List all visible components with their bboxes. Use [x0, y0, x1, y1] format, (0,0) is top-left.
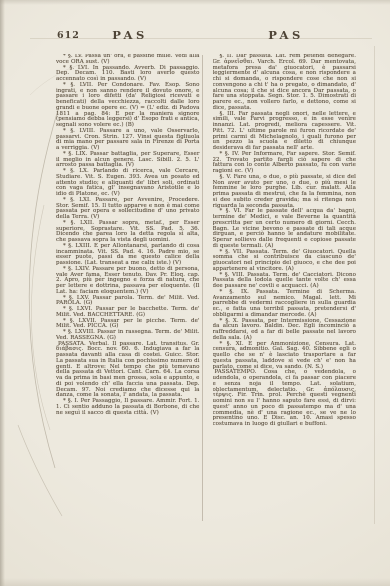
text-block: * §. LV. Passa un' ora, e passine mille.… [56, 54, 356, 524]
entry-paragraph: PASSATA. Verbal. Il passare. Lat. transi… [56, 342, 200, 400]
section-paragraph: §. II. Dar passata. Lat. rem petendi den… [213, 54, 357, 112]
section-paragraph: * §. LVI. In passando. Avverb. Di passag… [56, 66, 200, 83]
section-paragraph: * §. LXVIII. Passar in rassegna. Term. d… [56, 330, 200, 342]
running-head-left: PAS [112, 28, 148, 42]
section-paragraph: * §. I. Per Passaggio, Il passare. Ammir… [56, 399, 200, 416]
section-paragraph: §. III. Far passata negli onori, nelle l… [213, 112, 357, 152]
section-paragraph: §. V. Fare una, o due, o più passate, si… [213, 175, 357, 210]
section-paragraph: * §. VII. Passata. Term. de' Giuocatori.… [213, 250, 357, 273]
left-column: * §. LV. Passa un' ora, e passine mille.… [56, 54, 200, 524]
section-paragraph: * §. VI. Far le passate dell' acqua da' … [213, 209, 357, 249]
page-top-shadow [0, 0, 390, 5]
right-column: §. II. Dar passata. Lat. rem petendi den… [213, 54, 357, 524]
page-bottom-shadow [0, 578, 390, 586]
section-paragraph: * §. LXI. Passare, per Avvenire, Procede… [56, 198, 200, 221]
section-paragraph: * §. LXIII. E per Allontanarsi, parlando… [56, 244, 200, 267]
scan-streak-line [30, 38, 372, 39]
entry-paragraph: PASSATEMPO. Cosa che, o vedendola, o ude… [213, 370, 357, 428]
section-paragraph: * §. LXVI. Passar per le bacchette. Term… [56, 307, 200, 319]
section-paragraph: * §. LV. Passa un' ora, e passine mille.… [56, 54, 200, 66]
scanned-book-page: 612 PAS PAS * §. LV. Passa un' ora, e pa… [0, 0, 390, 586]
running-head-right: PAS [268, 28, 304, 42]
section-paragraph: * §. LVIII. Passare a uno, vale Osservar… [56, 129, 200, 152]
page-gutter-shadow [0, 0, 5, 586]
section-paragraph: * §. LX. Parlando di ricerca, vale Cerca… [56, 169, 200, 198]
page-edge-line [374, 46, 375, 524]
section-paragraph: * §. IV. Per Informare, Far sapere. Stor… [213, 152, 357, 175]
section-paragraph: * §. X. Passata, per Intermissione, Cess… [213, 319, 357, 342]
page-number: 612 [57, 30, 80, 41]
section-paragraph: * §. LXII. Passar sopra, metaf., per Ess… [56, 221, 200, 244]
section-paragraph: * §. VIII. Passata. Term. de' Cacciatori… [213, 273, 357, 290]
section-paragraph: * §. XI. E per Ammonizione, Censura. Lat… [213, 342, 357, 371]
section-paragraph: * §. LXIV. Passare per buono, detto di p… [56, 267, 200, 296]
section-paragraph: * §. LVII. Per Condonare. Fav. Esop. Son… [56, 83, 200, 129]
section-paragraph: * §. IX. Passata. Termine di Scherma. Av… [213, 290, 357, 319]
section-paragraph: * §. LIX. Passar battaglia, per Superare… [56, 152, 200, 169]
